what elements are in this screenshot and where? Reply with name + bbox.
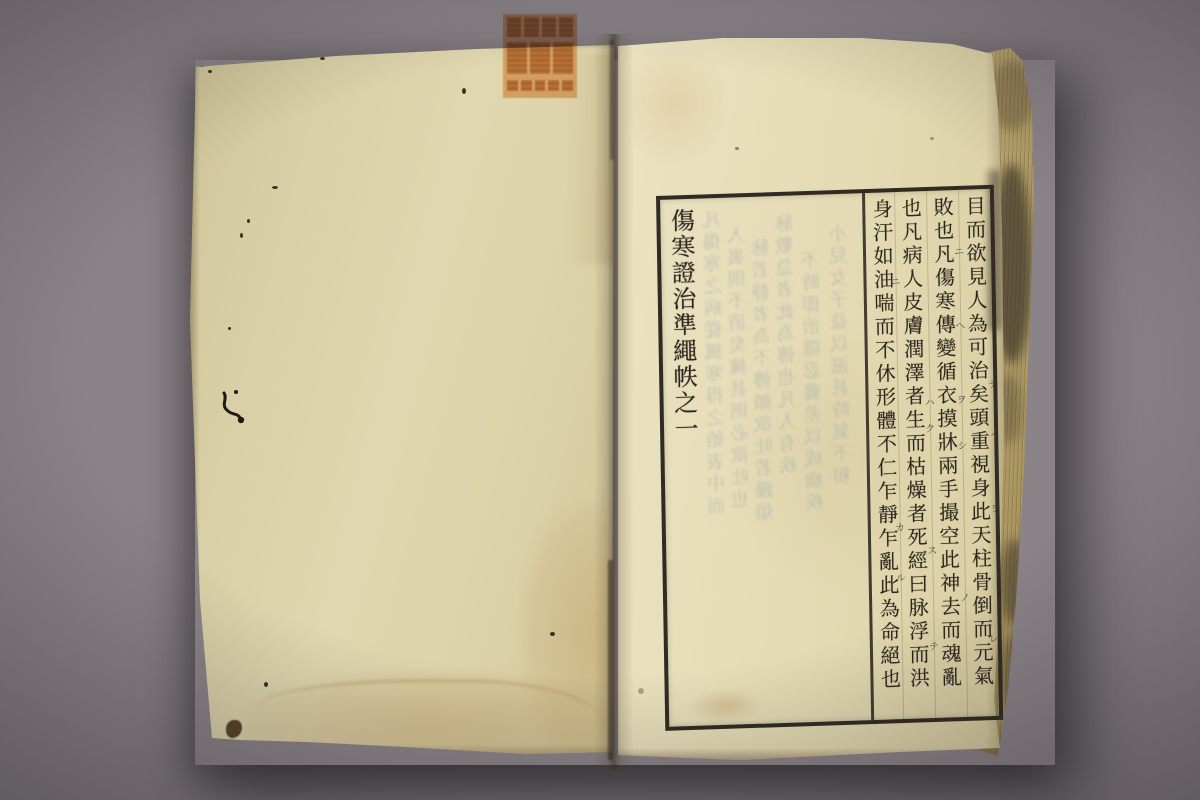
ghost-mark [638,688,644,694]
kunten-mark: シ [957,442,967,452]
collection-seal-stamp [503,14,577,98]
kunten-mark: ニ [954,248,964,258]
kunten-mark: ス [927,547,937,557]
photo-of-open-book: 凡傷寒之病從風寒得之始表中而 入裏則不消矣擁甚則必欲吐也 脉若靜者為不傳頗欲吐若… [0,0,1200,800]
ink-speck [930,137,934,140]
seal-glyph-row [507,80,573,91]
seal-glyph [507,17,521,37]
kunten-mark: ル [896,574,906,584]
kunten-mark: ヲ [957,396,967,406]
ink-speck [228,327,231,330]
seal-glyph [507,80,518,91]
seal-glyph-row [507,17,573,37]
kunten-mark: レ [989,635,999,645]
gutter-fold-line [610,40,614,160]
seal-glyph [535,80,546,91]
kunten-mark: ニ [890,278,900,288]
seal-glyph [559,17,573,37]
kunten-mark: カ [895,524,905,534]
seal-glyph [507,42,527,74]
ink-speck [735,147,739,150]
corner-chip-mark [226,720,242,738]
ink-speck [272,186,278,189]
kunten-mark: テ [988,381,998,391]
print-frame: 凡傷寒之病從風寒得之始表中而 入裏則不消矣擁甚則必欲吐也 脉若靜者為不傳頗欲吐若… [656,185,1003,731]
ink-speck [247,219,250,223]
kunten-mark: ノ [989,429,999,439]
kunten-mark: ク [925,425,935,435]
seal-glyph [553,42,573,74]
bleedthrough-column: 不時即治隱忍冀差以成痼疾 [799,250,830,515]
warm-stain [618,38,728,168]
seal-glyph [542,17,556,37]
seal-glyph-row [507,42,573,74]
left-blank-page [186,40,618,760]
kunten-mark: ノ [960,594,970,604]
kunten-mark: ハ [925,399,935,409]
gutter-fold-shadow [594,34,634,770]
right-page-top-rim [612,30,1012,38]
seal-glyph [548,80,559,91]
ink-speck [462,88,466,94]
gutter-fold-line [608,560,613,760]
kunten-mark: ヘ [955,322,965,332]
tail-title-column: 傷寒證治準繩帙之一 [663,208,707,709]
seal-glyph [530,42,550,74]
ink-speck [320,57,325,60]
corner-ink-spot [208,70,212,73]
ink-speck [264,682,268,687]
bleedthrough-column: 小兒女子益以滋甚時氣不和 [827,223,858,488]
handwritten-ink-mark [214,385,250,429]
ink-speck [550,632,555,636]
kunten-mark: テ [929,643,939,653]
seal-glyph [521,80,532,91]
seal-glyph [524,17,538,37]
ink-speck [240,233,243,238]
stain-tide-line [258,680,606,742]
kunten-mark: ヲ [990,505,1000,515]
seal-glyph [562,80,573,91]
